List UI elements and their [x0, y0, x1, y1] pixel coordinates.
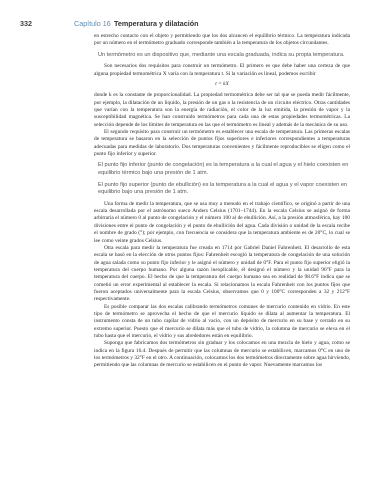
page-header: 332 Capítulo 16 Temperatura y dilatación — [20, 19, 360, 31]
paragraph-1: en estrecho contacto con el objeto y per… — [94, 33, 350, 48]
paragraph-8: Suponga que fabricamos dos termómetros s… — [94, 340, 350, 369]
definition-lower-fixed-point: El punto fijo inferior (punto de congela… — [98, 162, 350, 177]
page-body: en estrecho contacto con el objeto y per… — [94, 33, 350, 370]
paragraph-2: Son necesarios dos requisitos para const… — [94, 63, 350, 78]
paragraph-3: donde k es la constante de proporcionali… — [94, 92, 350, 129]
paragraph-5: Una forma de medir la temperatura, que s… — [94, 201, 350, 245]
definition-upper-fixed-point: El punto fijo superior (punto de ebullic… — [98, 182, 350, 197]
equation: t = kX — [94, 81, 350, 88]
paragraph-6: Otra escala para medir la temperatura fu… — [94, 245, 350, 304]
chapter-title: Temperatura y dilatación — [114, 19, 199, 28]
definition-thermometer: Un termómetro es un dispositivo que, med… — [98, 52, 350, 60]
paragraph-7: Es posible comparar las dos escalas cali… — [94, 304, 350, 341]
page-number: 332 — [20, 19, 32, 28]
paragraph-4: El segundo requisito para construir un t… — [94, 129, 350, 158]
chapter-label: Capítulo 16 — [74, 19, 111, 28]
